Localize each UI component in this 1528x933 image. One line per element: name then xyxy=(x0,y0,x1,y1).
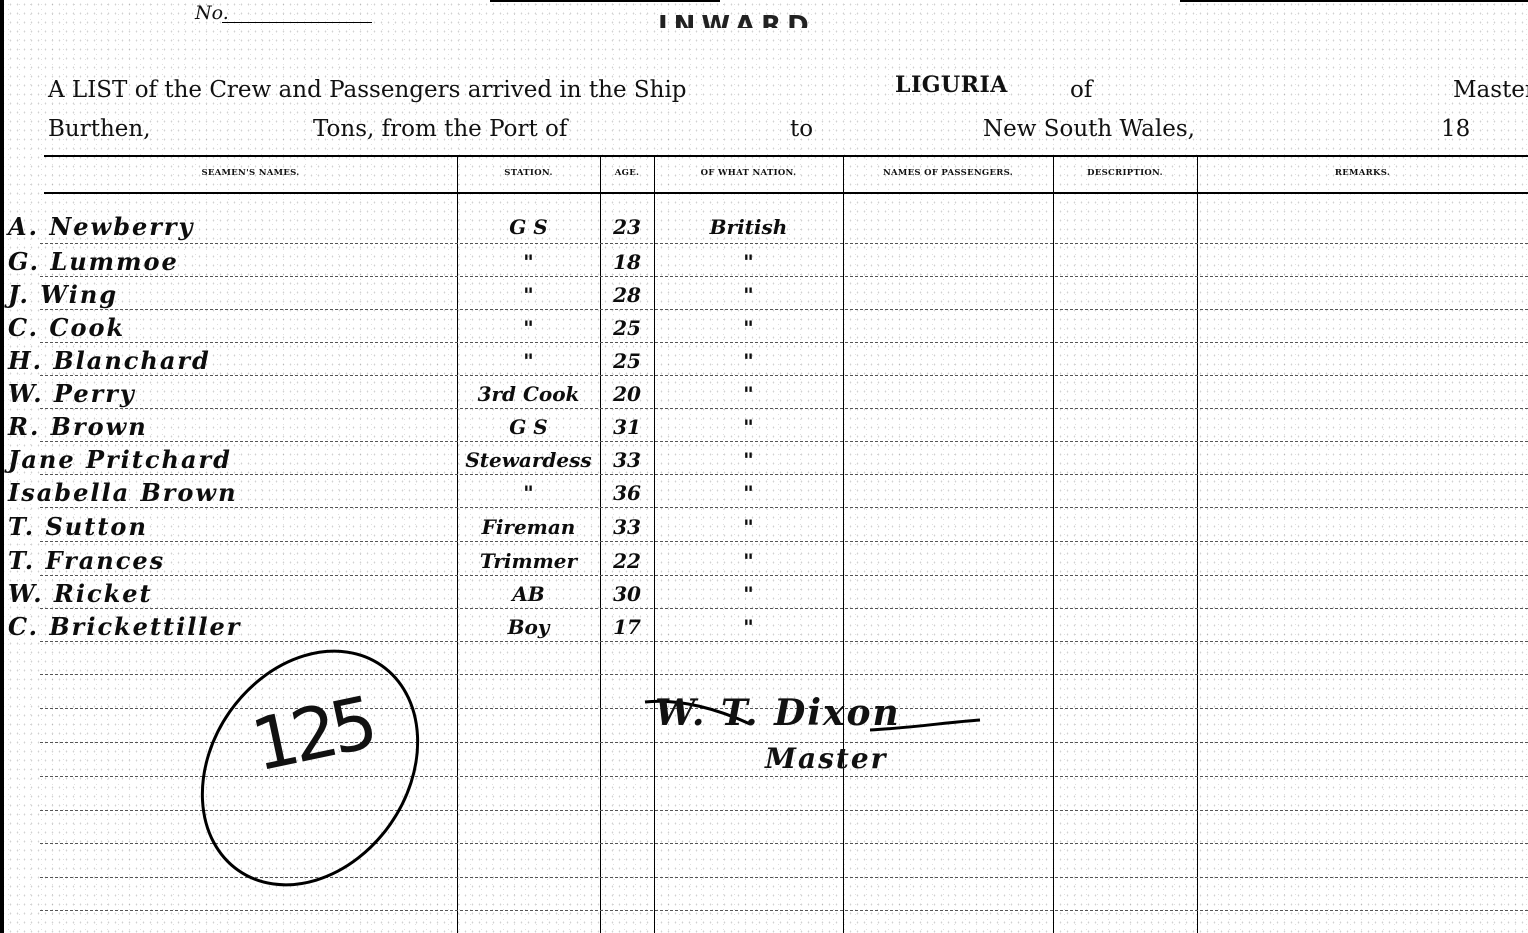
station: Boy xyxy=(457,612,600,642)
of-label: of xyxy=(1070,77,1092,103)
nation: " xyxy=(654,412,843,442)
age: 28 xyxy=(600,280,654,310)
header-station: STATION. xyxy=(457,168,600,178)
top-rule xyxy=(490,0,720,2)
signature-role: Master xyxy=(765,742,887,775)
age: 20 xyxy=(600,379,654,409)
nation: " xyxy=(654,346,843,376)
station: G S xyxy=(457,412,600,442)
scan-left-edge xyxy=(0,0,4,933)
seaman-name: H. Blanchard xyxy=(8,346,211,376)
age: 30 xyxy=(600,579,654,609)
seaman-name: W. Ricket xyxy=(8,579,153,609)
top-rule xyxy=(1180,0,1528,2)
station: Trimmer xyxy=(457,546,600,576)
row-rule xyxy=(40,243,1528,244)
station: AB xyxy=(457,579,600,609)
number-field-line xyxy=(222,22,372,23)
seaman-name: J. Wing xyxy=(8,280,118,310)
header-nation: OF WHAT NATION. xyxy=(654,168,843,178)
seaman-name: T. Sutton xyxy=(8,512,148,542)
station: Fireman xyxy=(457,512,600,542)
age: 33 xyxy=(600,512,654,542)
nation: " xyxy=(654,612,843,642)
station: " xyxy=(457,247,600,277)
seaman-name: G. Lummoe xyxy=(8,247,179,277)
age: 25 xyxy=(600,313,654,343)
nation: " xyxy=(654,313,843,343)
age: 33 xyxy=(600,445,654,475)
column-divider xyxy=(843,155,844,933)
seaman-name: R. Brown xyxy=(8,412,148,442)
station: " xyxy=(457,313,600,343)
seaman-name: Isabella Brown xyxy=(8,478,238,508)
nation: " xyxy=(654,445,843,475)
nation: " xyxy=(654,546,843,576)
nation: " xyxy=(654,379,843,409)
nation: British xyxy=(654,212,843,242)
tons-label: Tons, from the Port of xyxy=(313,116,567,142)
seaman-name: C. Brickettiller xyxy=(8,612,241,642)
header-age: AGE. xyxy=(600,168,654,178)
age: 22 xyxy=(600,546,654,576)
table-top-rule xyxy=(44,155,1528,157)
age: 25 xyxy=(600,346,654,376)
burthen-label: Burthen, xyxy=(48,116,151,142)
station: Stewardess xyxy=(457,445,600,475)
header-seamens-names: SEAMEN'S NAMES. xyxy=(44,168,457,178)
age: 18 xyxy=(600,247,654,277)
header-passenger-names: NAMES OF PASSENGERS. xyxy=(843,168,1053,178)
seaman-name: W. Perry xyxy=(8,379,136,409)
age: 31 xyxy=(600,412,654,442)
nation: " xyxy=(654,247,843,277)
station: " xyxy=(457,280,600,310)
station: " xyxy=(457,478,600,508)
nation: " xyxy=(654,478,843,508)
age: 23 xyxy=(600,212,654,242)
inward-stamp: INWARD xyxy=(658,6,815,28)
ship-name: LIGURIA xyxy=(895,72,1008,98)
seaman-name: C. Cook xyxy=(8,313,125,343)
age: 17 xyxy=(600,612,654,642)
to-label: to xyxy=(790,116,813,142)
nation: " xyxy=(654,579,843,609)
year-prefix: 18 xyxy=(1441,116,1470,142)
seaman-name: T. Frances xyxy=(8,546,165,576)
column-divider xyxy=(1197,155,1198,933)
seaman-name: A. Newberry xyxy=(8,212,194,242)
header-bottom-rule xyxy=(44,192,1528,194)
header-remarks: REMARKS. xyxy=(1197,168,1528,178)
number-label: No. xyxy=(195,2,229,24)
master-label: Master xyxy=(1453,77,1528,103)
title-prefix: A LIST of the Crew and Passengers arrive… xyxy=(48,77,687,103)
station: " xyxy=(457,346,600,376)
age: 36 xyxy=(600,478,654,508)
master-signature: W. T. Dixon xyxy=(655,692,901,734)
destination: New South Wales, xyxy=(983,116,1195,142)
nation: " xyxy=(654,280,843,310)
column-divider xyxy=(1053,155,1054,933)
row-rule xyxy=(40,910,1528,911)
header-description: DESCRIPTION. xyxy=(1053,168,1197,178)
station: G S xyxy=(457,212,600,242)
seaman-name: Jane Pritchard xyxy=(8,445,232,475)
station: 3rd Cook xyxy=(457,379,600,409)
nation: " xyxy=(654,512,843,542)
